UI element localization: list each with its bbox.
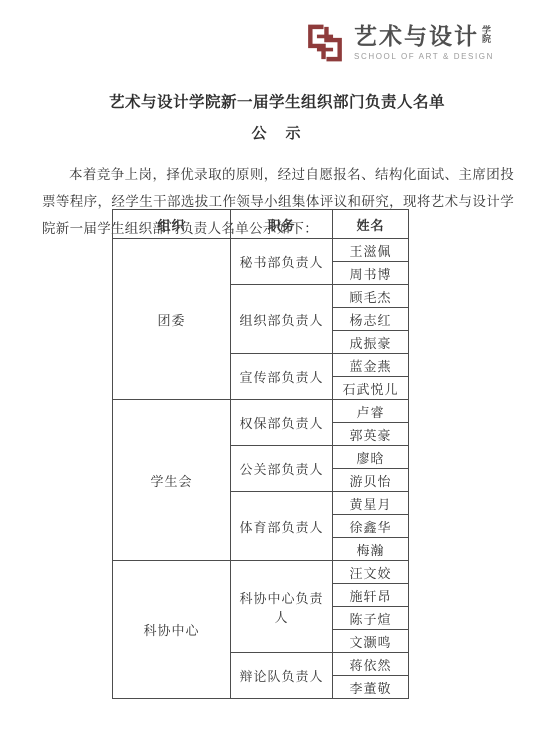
name-cell: 顾毛杰 bbox=[333, 285, 409, 308]
school-seal-icon bbox=[303, 18, 347, 68]
position-cell: 宣传部负责人 bbox=[231, 354, 333, 400]
school-name-en: SCHOOL OF ART & DESIGN bbox=[354, 52, 494, 61]
name-cell: 蒋依然 bbox=[333, 653, 409, 676]
position-cell: 秘书部负责人 bbox=[231, 239, 333, 285]
name-cell: 游贝怡 bbox=[333, 469, 409, 492]
name-cell: 郭英豪 bbox=[333, 423, 409, 446]
table-row: 学生会权保部负责人卢睿 bbox=[113, 400, 409, 423]
name-cell: 徐鑫华 bbox=[333, 515, 409, 538]
name-cell: 黄星月 bbox=[333, 492, 409, 515]
org-cell: 学生会 bbox=[113, 400, 231, 561]
name-cell: 周书博 bbox=[333, 262, 409, 285]
table-row: 科协中心科协中心负责人汪文姣 bbox=[113, 561, 409, 584]
name-cell: 石武悦儿 bbox=[333, 377, 409, 400]
name-cell: 王滋佩 bbox=[333, 239, 409, 262]
position-cell: 科协中心负责人 bbox=[231, 561, 333, 653]
school-logo: 艺术与设计 学院 SCHOOL OF ART & DESIGN bbox=[303, 18, 494, 68]
announcement-heading: 公 示 bbox=[0, 122, 554, 143]
school-logo-text: 艺术与设计 学院 SCHOOL OF ART & DESIGN bbox=[354, 25, 494, 61]
name-cell: 陈子煊 bbox=[333, 607, 409, 630]
position-cell: 体育部负责人 bbox=[231, 492, 333, 561]
name-cell: 文灏鸣 bbox=[333, 630, 409, 653]
page-title: 艺术与设计学院新一届学生组织部门负责人名单 bbox=[0, 90, 554, 112]
position-cell: 权保部负责人 bbox=[231, 400, 333, 446]
name-cell: 廖晗 bbox=[333, 446, 409, 469]
org-cell: 团委 bbox=[113, 239, 231, 400]
name-cell: 汪文姣 bbox=[333, 561, 409, 584]
name-cell: 李董敬 bbox=[333, 676, 409, 699]
name-cell: 杨志红 bbox=[333, 308, 409, 331]
name-cell: 成振豪 bbox=[333, 331, 409, 354]
header-name: 姓名 bbox=[333, 210, 409, 239]
header-organization: 组织 bbox=[113, 210, 231, 239]
position-cell: 组织部负责人 bbox=[231, 285, 333, 354]
personnel-table: 组织 职务 姓名 团委秘书部负责人王滋佩周书博组织部负责人顾毛杰杨志红成振豪宣传… bbox=[112, 209, 409, 699]
table-header-row: 组织 职务 姓名 bbox=[113, 210, 409, 239]
header-position: 职务 bbox=[231, 210, 333, 239]
org-cell: 科协中心 bbox=[113, 561, 231, 699]
name-cell: 梅瀚 bbox=[333, 538, 409, 561]
table-row: 团委秘书部负责人王滋佩 bbox=[113, 239, 409, 262]
name-cell: 施轩昂 bbox=[333, 584, 409, 607]
school-name-cn-suffix: 学院 bbox=[482, 26, 492, 45]
document-page: 艺术与设计 学院 SCHOOL OF ART & DESIGN 艺术与设计学院新… bbox=[0, 0, 554, 743]
position-cell: 辩论队负责人 bbox=[231, 653, 333, 699]
name-cell: 卢睿 bbox=[333, 400, 409, 423]
school-name-cn: 艺术与设计 bbox=[354, 25, 479, 48]
position-cell: 公关部负责人 bbox=[231, 446, 333, 492]
name-cell: 蓝金燕 bbox=[333, 354, 409, 377]
